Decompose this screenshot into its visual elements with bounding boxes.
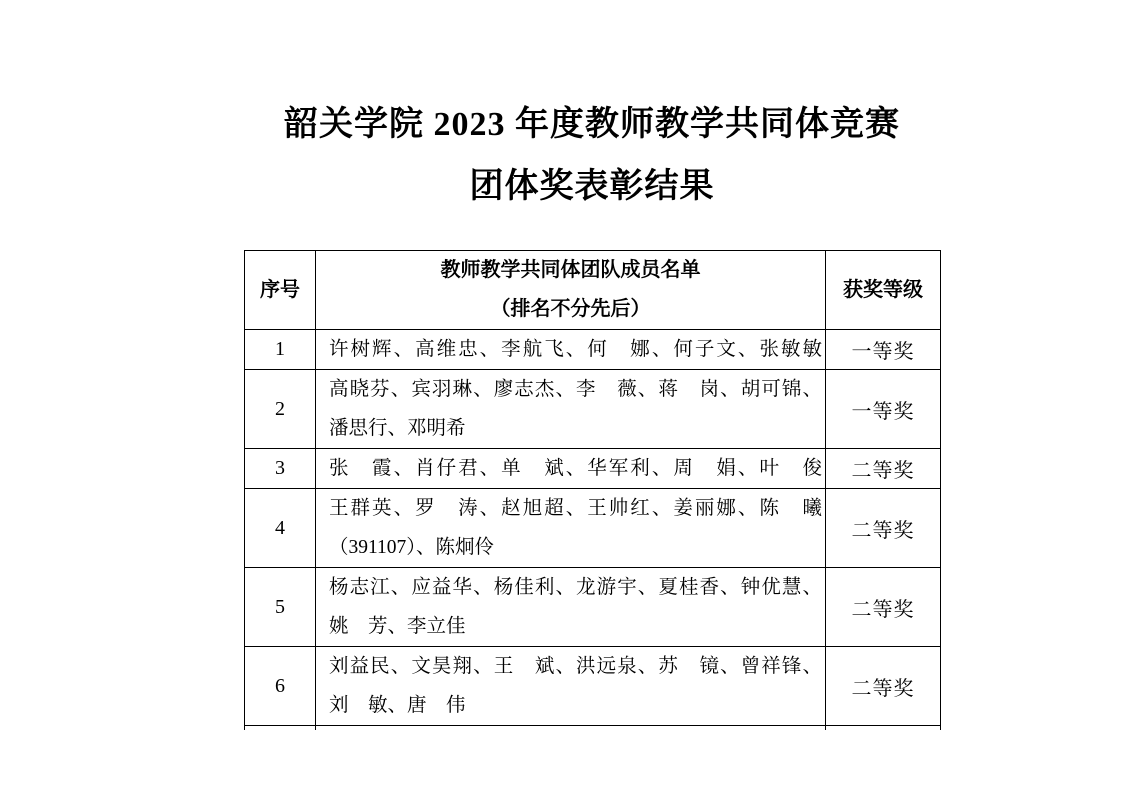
cell-index: 4 — [245, 489, 316, 568]
row-index: 1 — [275, 338, 285, 360]
header-cell-index: 序号 — [245, 251, 316, 330]
member-line: 杨志江、应益华、杨佳利、龙游宇、夏桂香、钟优慧、 — [329, 568, 822, 607]
cell-index: 1 — [245, 330, 316, 370]
cell-index: 6 — [245, 647, 316, 726]
cell-award: 二等奖 — [826, 449, 941, 489]
partial-cell — [826, 726, 941, 730]
cell-award: 一等奖 — [826, 330, 941, 370]
member-line: 刘 敏、唐 伟 — [329, 686, 822, 725]
header-members-label-line1: 教师教学共同体团队成员名单 — [316, 251, 825, 290]
row-award: 二等奖 — [852, 520, 915, 542]
member-line: 王群英、罗 涛、赵旭超、王帅红、姜丽娜、陈 曦 — [329, 489, 822, 528]
cell-members: 王群英、罗 涛、赵旭超、王帅红、姜丽娜、陈 曦（391107）、陈炯伶 — [316, 489, 826, 568]
header-index-label: 序号 — [245, 271, 315, 310]
header-members-label-line2: （排名不分先后） — [316, 290, 825, 329]
row-award: 二等奖 — [852, 678, 915, 700]
cell-members: 杨志江、应益华、杨佳利、龙游宇、夏桂香、钟优慧、姚 芳、李立佳 — [316, 568, 826, 647]
table-row: 2 高晓芬、宾羽琳、廖志杰、李 薇、蒋 岗、胡可锦、潘思行、邓明希 一等奖 — [245, 370, 941, 449]
awards-table: 序号 教师教学共同体团队成员名单 （排名不分先后） 获奖等级 1 许树辉、高维忠… — [244, 250, 941, 730]
header-cell-award: 获奖等级 — [826, 251, 941, 330]
member-line: 姚 芳、李立佳 — [329, 607, 822, 646]
document-title-line1: 韶关学院 2023 年度教师教学共同体竞赛 — [244, 94, 940, 156]
row-index: 6 — [275, 675, 285, 697]
document-page: 韶关学院 2023 年度教师教学共同体竞赛 团体奖表彰结果 序号 教师教学共同体… — [244, 0, 940, 793]
table-header-row: 序号 教师教学共同体团队成员名单 （排名不分先后） 获奖等级 — [245, 251, 941, 330]
table-row: 5 杨志江、应益华、杨佳利、龙游宇、夏桂香、钟优慧、姚 芳、李立佳 二等奖 — [245, 568, 941, 647]
cell-members: 许树辉、高维忠、李航飞、何 娜、何子文、张敏敏 — [316, 330, 826, 370]
row-index: 2 — [275, 398, 285, 420]
member-line: （391107）、陈炯伶 — [329, 528, 822, 567]
table-row: 3 张 霞、肖仔君、单 斌、华军利、周 娟、叶 俊 二等奖 — [245, 449, 941, 489]
row-award: 二等奖 — [852, 460, 915, 482]
header-award-label: 获奖等级 — [826, 271, 940, 310]
row-award: 二等奖 — [852, 599, 915, 621]
table-row: 4 王群英、罗 涛、赵旭超、王帅红、姜丽娜、陈 曦（391107）、陈炯伶 二等… — [245, 489, 941, 568]
member-line: 许树辉、高维忠、李航飞、何 娜、何子文、张敏敏 — [329, 330, 822, 369]
row-index: 4 — [275, 517, 285, 539]
cell-award: 二等奖 — [826, 489, 941, 568]
header-cell-members: 教师教学共同体团队成员名单 （排名不分先后） — [316, 251, 826, 330]
member-line: 刘益民、文昊翔、王 斌、洪远泉、苏 镜、曾祥锋、 — [329, 647, 822, 686]
row-index: 3 — [275, 457, 285, 479]
member-line: 高晓芬、宾羽琳、廖志杰、李 薇、蒋 岗、胡可锦、 — [329, 370, 822, 409]
cell-award: 二等奖 — [826, 568, 941, 647]
cell-index: 2 — [245, 370, 316, 449]
row-award: 一等奖 — [852, 341, 915, 363]
row-index: 5 — [275, 596, 285, 618]
table-row: 1 许树辉、高维忠、李航飞、何 娜、何子文、张敏敏 一等奖 — [245, 330, 941, 370]
member-line: 潘思行、邓明希 — [329, 409, 822, 448]
partial-cell — [245, 726, 316, 730]
member-line: 张 霞、肖仔君、单 斌、华军利、周 娟、叶 俊 — [329, 449, 822, 488]
cell-award: 二等奖 — [826, 647, 941, 726]
cell-members: 张 霞、肖仔君、单 斌、华军利、周 娟、叶 俊 — [316, 449, 826, 489]
cell-index: 5 — [245, 568, 316, 647]
cell-members: 刘益民、文昊翔、王 斌、洪远泉、苏 镜、曾祥锋、刘 敏、唐 伟 — [316, 647, 826, 726]
document-title: 韶关学院 2023 年度教师教学共同体竞赛 团体奖表彰结果 — [244, 94, 940, 218]
cell-index: 3 — [245, 449, 316, 489]
table-row-partial — [245, 726, 941, 730]
document-title-line2: 团体奖表彰结果 — [244, 156, 940, 218]
row-award: 一等奖 — [852, 401, 915, 423]
table-row: 6 刘益民、文昊翔、王 斌、洪远泉、苏 镜、曾祥锋、刘 敏、唐 伟 二等奖 — [245, 647, 941, 726]
partial-cell — [316, 726, 826, 730]
cell-members: 高晓芬、宾羽琳、廖志杰、李 薇、蒋 岗、胡可锦、潘思行、邓明希 — [316, 370, 826, 449]
cell-award: 一等奖 — [826, 370, 941, 449]
